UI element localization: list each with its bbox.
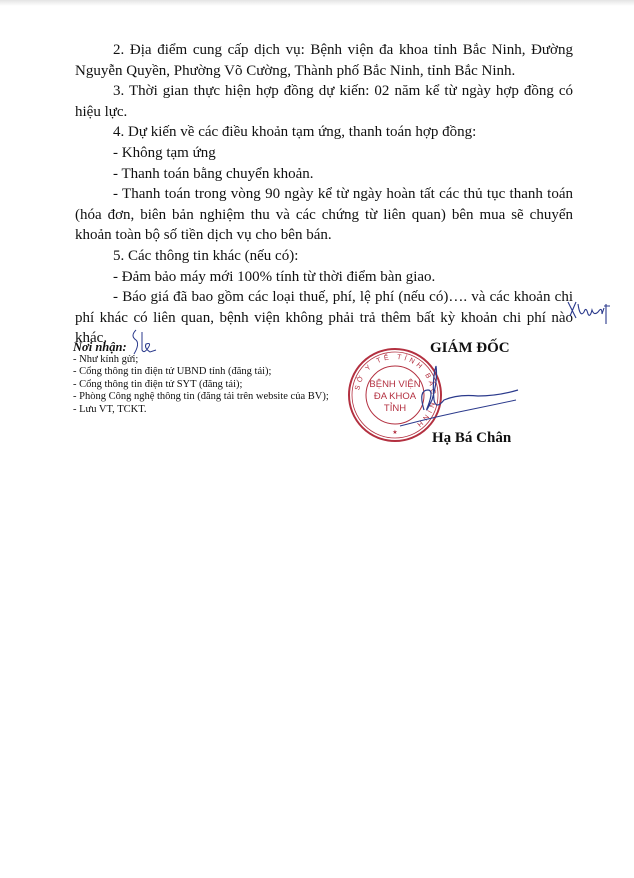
- paragraph-other-info-heading: 5. Các thông tin khác (nếu có):: [75, 246, 573, 267]
- paragraph-new-machine: - Đảm bảo máy mới 100% tính từ thời điểm…: [75, 267, 573, 288]
- signer-name: Hạ Bá Chân: [432, 430, 511, 447]
- recipient-item: Như kính gửi;: [73, 354, 373, 366]
- initials-signature-icon: [566, 298, 614, 328]
- reviewer-signature-icon: [128, 328, 158, 358]
- recipients-list: Như kính gửi; Cổng thông tin điện tử UBN…: [73, 354, 373, 416]
- paragraph-payment-terms-heading: 4. Dự kiến về các điều khoản tạm ứng, th…: [75, 122, 573, 143]
- page-top-edge: [0, 0, 634, 6]
- recipient-item: Cổng thông tin điện tử SYT (đăng tải);: [73, 379, 373, 391]
- recipient-item: Phòng Công nghệ thông tin (đăng tải trên…: [73, 391, 373, 403]
- paragraph-payment-window: - Thanh toán trong vòng 90 ngày kể từ ng…: [75, 184, 573, 246]
- director-signature-icon: [398, 360, 528, 430]
- paragraph-service-location: 2. Địa điểm cung cấp dịch vụ: Bệnh viện …: [75, 40, 573, 81]
- recipients-block: Nơi nhận: Như kính gửi; Cổng thông tin đ…: [73, 340, 373, 416]
- paragraph-no-advance: - Không tạm ứng: [75, 143, 573, 164]
- recipient-item: Lưu VT, TCKT.: [73, 404, 373, 416]
- svg-text:★: ★: [392, 429, 397, 436]
- document-body: 2. Địa điểm cung cấp dịch vụ: Bệnh viện …: [75, 40, 573, 349]
- recipient-item: Cổng thông tin điện tử UBND tỉnh (đăng t…: [73, 366, 373, 378]
- paragraph-contract-duration: 3. Thời gian thực hiện hợp đồng dự kiến:…: [75, 81, 573, 122]
- recipients-title: Nơi nhận:: [73, 340, 373, 354]
- paragraph-bank-transfer: - Thanh toán bằng chuyển khoản.: [75, 164, 573, 185]
